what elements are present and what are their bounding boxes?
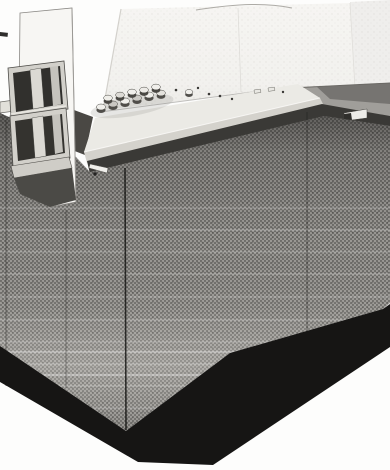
- knob: [104, 95, 113, 104]
- knob: [128, 89, 137, 98]
- background-right-speckle: [350, 0, 390, 88]
- knob: [140, 87, 149, 96]
- knob: [96, 104, 105, 113]
- knob: [116, 92, 125, 101]
- machine-photograph: Three-quarter view of a console-style ca…: [0, 0, 390, 470]
- single-knob: [185, 90, 193, 98]
- knob: [152, 84, 161, 93]
- wall-mark: [0, 32, 8, 37]
- seam-front-corner: [125, 168, 126, 430]
- photo-canvas: [0, 0, 390, 470]
